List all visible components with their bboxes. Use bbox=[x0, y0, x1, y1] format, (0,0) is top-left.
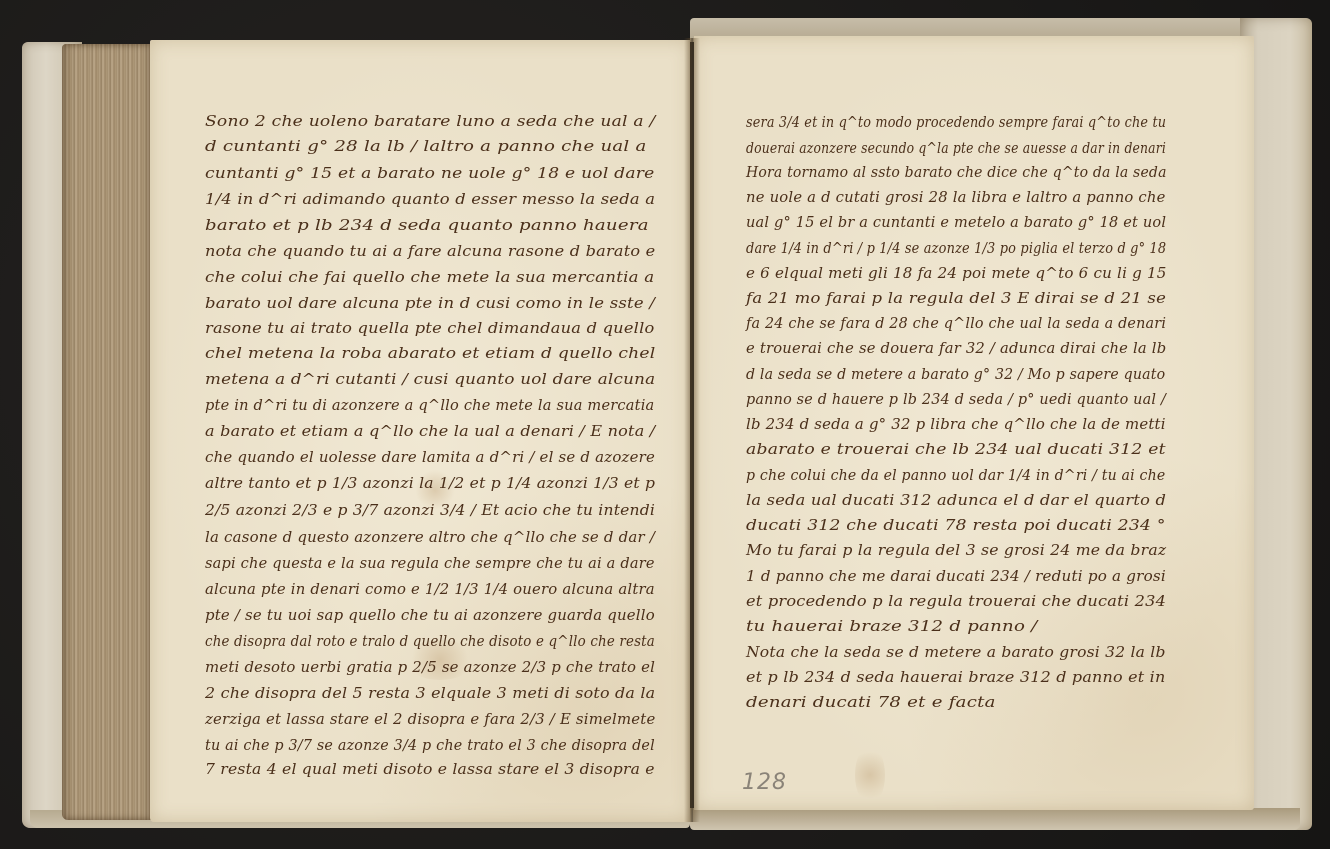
text-line: ual g° 15 el br a cuntanti e metelo a ba… bbox=[746, 213, 1166, 233]
manuscript-photograph: Sono 2 che uoleno baratare luno a seda c… bbox=[0, 0, 1330, 849]
text-line: meti desoto uerbi gratia p 2/5 se azonze… bbox=[205, 658, 655, 678]
text-line: chel metena la roba abarato et etiam d q… bbox=[205, 344, 656, 364]
text-line: tu hauerai braze 312 d panno / bbox=[746, 617, 1038, 637]
text-line: Mo tu farai p la regula del 3 se grosi 2… bbox=[746, 541, 1166, 561]
text-line: che disopra dal roto e tralo d quello ch… bbox=[205, 632, 655, 652]
text-line: 1/4 in d^ri adimando quanto d esser mess… bbox=[205, 190, 655, 210]
text-line: abarato e trouerai che lb 234 ual ducati… bbox=[746, 440, 1166, 460]
text-line: 2 che disopra del 5 resta 3 elquale 3 me… bbox=[205, 684, 655, 704]
page-edge-stack bbox=[62, 44, 152, 820]
text-line: a barato et etiam a q^llo che la ual a d… bbox=[205, 422, 655, 442]
text-line: e 6 elqual meti gli 18 fa 24 poi mete q^… bbox=[746, 264, 1167, 284]
book-gutter bbox=[684, 38, 700, 822]
text-line: che colui che fai quello che mete la sua… bbox=[205, 268, 654, 288]
text-line: et p lb 234 d seda hauerai braze 312 d p… bbox=[746, 668, 1165, 688]
foxing-stain bbox=[855, 745, 885, 805]
text-line: dare 1/4 in d^ri / p 1/4 se azonze 1/3 p… bbox=[746, 239, 1166, 259]
text-line: fa 24 che se fara d 28 che q^llo che ual… bbox=[746, 314, 1166, 334]
text-line: la seda ual ducati 312 adunca el d dar e… bbox=[746, 491, 1166, 511]
text-line: panno se d hauere p lb 234 d seda / p° u… bbox=[746, 390, 1166, 410]
text-line: rasone tu ai trato quella pte chel diman… bbox=[205, 319, 655, 339]
text-line: p che colui che da el panno uol dar 1/4 … bbox=[746, 466, 1165, 486]
text-line: fa 21 mo farai p la regula del 3 E dirai… bbox=[746, 289, 1166, 309]
text-line: ducati 312 che ducati 78 resta poi ducat… bbox=[746, 516, 1166, 536]
text-line: tu ai che p 3/7 se azonze 3/4 p che trat… bbox=[205, 736, 655, 756]
text-line: cuntanti g° 15 et a barato ne uole g° 18… bbox=[205, 164, 655, 184]
text-line: pte in d^ri tu di azonzere a q^llo che m… bbox=[205, 396, 654, 416]
text-line: 7 resta 4 el qual meti disoto e lassa st… bbox=[205, 760, 655, 780]
text-line: barato uol dare alcuna pte in d cusi com… bbox=[205, 294, 655, 314]
text-line: Hora tornamo al ssto barato che dice che… bbox=[746, 163, 1167, 183]
text-line: douerai azonzere secundo q^la pte che se… bbox=[746, 139, 1166, 159]
text-line: e trouerai che se douera far 32 / adunca… bbox=[746, 339, 1166, 359]
vellum-cover-bottom-right bbox=[690, 808, 1300, 830]
text-line: Sono 2 che uoleno baratare luno a seda c… bbox=[205, 112, 655, 132]
text-line: pte / se tu uoi sap quello che tu ai azo… bbox=[205, 606, 655, 626]
text-line: Nota che la seda se d metere a barato gr… bbox=[746, 643, 1166, 663]
text-line: denari ducati 78 et e facta bbox=[746, 693, 996, 713]
text-line: 1 d panno che me darai ducati 234 / redu… bbox=[746, 567, 1166, 587]
text-line: barato et p lb 234 d seda quanto panno h… bbox=[205, 216, 649, 236]
text-line: che quando el uolesse dare lamita a d^ri… bbox=[205, 448, 655, 468]
text-line: ne uole a d cutati grosi 28 la libra e l… bbox=[746, 188, 1166, 208]
text-line: sera 3/4 et in q^to modo procedendo semp… bbox=[746, 113, 1166, 133]
text-line: metena a d^ri cutanti / cusi quanto uol … bbox=[205, 370, 655, 390]
text-line: et procedendo p la regula trouerai che d… bbox=[746, 592, 1166, 612]
text-line: altre tanto et p 1/3 azonzi la 1/2 et p … bbox=[205, 474, 655, 494]
text-line: lb 234 d seda a g° 32 p libra che q^llo … bbox=[746, 415, 1166, 435]
text-line: d cuntanti g° 28 la lb / laltro a panno … bbox=[205, 137, 647, 157]
text-line: sapi che questa e la sua regula che semp… bbox=[205, 554, 655, 574]
text-line: la casone d questo azonzere altro che q^… bbox=[205, 528, 655, 548]
text-line: 2/5 azonzi 2/3 e p 3/7 azonzi 3/4 / Et a… bbox=[205, 501, 655, 521]
text-line: nota che quando tu ai a fare alcuna raso… bbox=[205, 242, 655, 262]
text-line: alcuna pte in denari como e 1/2 1/3 1/4 … bbox=[205, 580, 655, 600]
text-line: zerziga et lassa stare el 2 disopra e fa… bbox=[205, 710, 655, 730]
folio-number: 128 bbox=[742, 770, 787, 795]
text-line: d la seda se d metere a barato g° 32 / M… bbox=[746, 365, 1165, 385]
